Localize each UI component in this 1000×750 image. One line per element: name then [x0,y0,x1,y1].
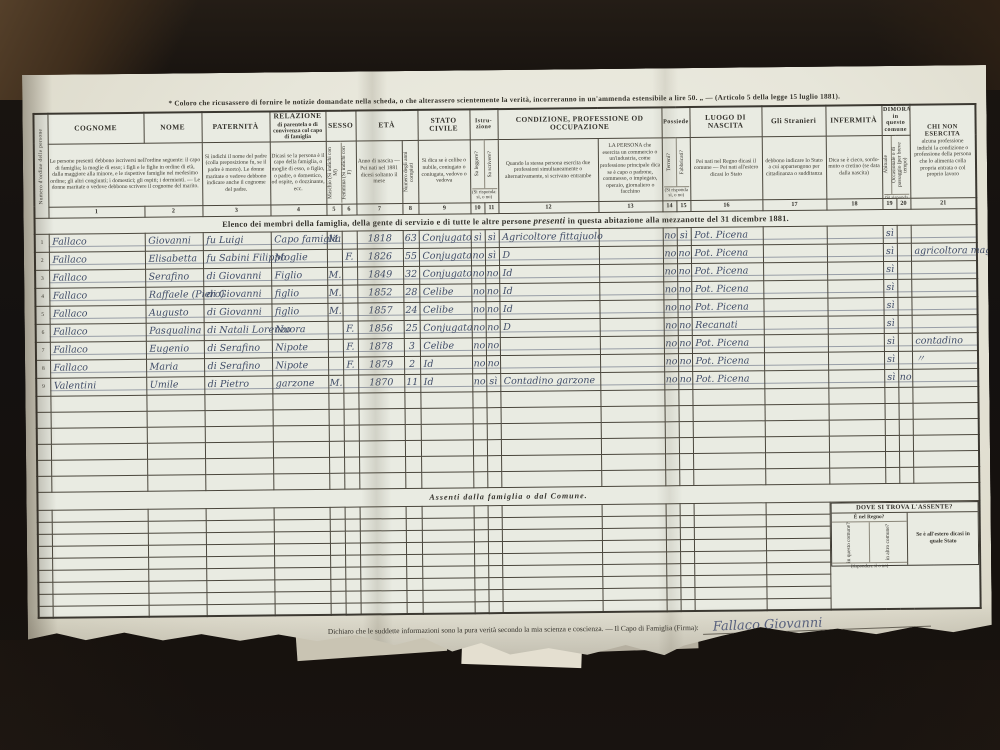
cell-dimora-occasionale [898,315,912,333]
empty-cell [472,391,486,407]
empty-cell [330,543,345,555]
cell-condizione: D [500,318,600,337]
cell-stranieri [763,226,827,245]
empty-cell [474,529,488,541]
empty-cell [680,503,694,515]
empty-cell [679,405,693,421]
empty-cell [765,404,829,421]
cell-sesso-m: M. [327,285,342,303]
empty-cell [884,387,898,403]
cell-nome: Giovanni [145,232,203,251]
cell-fabbricati: no [677,281,691,299]
order-column-header: Numero d'ordine delle persone [33,114,48,218]
empty-cell [488,505,502,517]
empty-cell [899,419,913,435]
empty-cell [680,575,694,587]
empty-cell [695,598,767,611]
empty-cell [680,587,694,599]
sa-leggere-label: Sa leggere? [475,152,481,177]
empty-cell [899,403,913,419]
cell-anno-nascita: 1818 [357,230,403,248]
empty-cell [666,539,680,551]
cell-relazione: Moglie [271,249,327,268]
empty-cell [602,563,666,576]
empty-cell [38,522,52,534]
empty-cell [344,457,359,473]
empty-cell [52,569,148,582]
cell-sesso-m: M. [327,231,342,249]
empty-cell [474,577,488,589]
census-table: Numero d'ordine delle persone COGNOME NO… [32,103,981,619]
empty-cell [678,389,692,405]
cell-persona-commercio [600,335,664,354]
empty-cell [147,426,205,443]
empty-cell [37,412,51,428]
empty-cell [766,514,830,527]
empty-cell [359,456,405,472]
cell-sesso-f: F. [343,357,358,375]
desc-cognome-nome: Le persone presenti debbono iscriversi n… [48,142,203,207]
empty-cell [38,546,52,558]
empty-cell [694,514,766,527]
cell-stato-civile: Conjugato [419,265,471,284]
empty-cell [331,603,346,615]
empty-cell [502,564,602,577]
empty-cell [359,408,405,424]
cell-sa-leggere: no [472,337,486,355]
cell-ordine: 4 [35,288,49,306]
desc-luogo-nascita: Pei nati nel Regno dicasi il comune — Pe… [690,136,763,200]
cell-paternita: di Giovanni [203,303,271,322]
cell-chi-non-esercita [911,278,977,297]
cell-dimora-abituale: sì [883,279,897,297]
cell-sa-leggere: no [471,247,485,265]
empty-cell [206,507,274,520]
cell-luogo-nascita: Recanati [692,316,764,335]
empty-cell [693,468,765,485]
cell-cognome: Fallaco [49,233,145,252]
empty-cell [602,575,666,588]
wood-grain-bottom-right [780,660,1000,750]
cell-anno-nascita: 1870 [358,374,404,392]
desc-infermita: Dica se è cieco, sordo-muto o cretino (s… [826,135,883,199]
empty-cell [204,393,272,410]
cell-nome: Elisabetta [145,250,203,269]
empty-cell [205,409,273,426]
empty-cell [205,425,273,442]
empty-cell [329,425,344,441]
empty-cell [272,393,328,410]
cell-dimora-abituale: sì [883,225,897,243]
empty-cell [679,453,693,469]
desc-paternita: Si indichi il nome del padre (colla prep… [202,141,271,205]
empty-cell [765,436,829,453]
cell-dimora-abituale: sì [883,297,897,315]
cell-cognome: Fallaco [50,323,146,342]
empty-cell [405,472,421,488]
empty-cell [667,599,681,611]
empty-cell [37,476,51,492]
empty-cell [601,469,665,486]
col-header-condizione: CONDIZIONE, PROFESSIONE OD OCCUPAZIONE [497,107,661,139]
empty-cell [343,393,358,409]
empty-cell [501,422,601,439]
empty-cell [693,436,765,453]
cell-sesso-f: F. [343,321,358,339]
empty-cell [829,419,885,436]
cell-sesso-m [328,321,343,339]
col-header-possiede: Possiede [661,107,689,137]
empty-cell [502,588,602,601]
empty-cell [360,578,406,590]
col-header-nome: NOME [143,112,201,143]
empty-cell [885,403,899,419]
cell-sesso-m: M. [328,375,343,393]
cell-sa-leggere: no [472,319,486,337]
cell-stranieri [764,370,828,389]
cell-anni-compiuti: 11 [404,374,420,392]
empty-cell [885,451,899,467]
empty-cell [346,603,361,615]
cell-infermita [827,297,883,316]
cell-chi-non-esercita [911,260,977,279]
cell-paternita: fu Sabini Filippo [203,249,271,268]
empty-cell [694,526,766,539]
absent-questo-comune-label: in questo comune? [847,522,853,562]
empty-cell [147,458,205,475]
empty-cell [694,586,766,599]
empty-cell [345,531,360,543]
cell-chi-non-esercita: 〃 [912,350,978,369]
empty-cell [665,453,679,469]
cell-condizione: Id [499,300,599,319]
cell-infermita [828,351,884,370]
cell-cognome: Fallaco [50,341,146,360]
empty-cell [148,568,206,581]
cell-infermita [828,315,884,334]
present-persons-rows: 1FallacoGiovannifu LuigiCapo famigliaM.1… [35,224,980,492]
cell-anni-compiuti: 32 [403,266,419,284]
cell-terreni: no [664,317,678,335]
empty-cell [148,532,206,545]
empty-cell [405,456,421,472]
desc-anni-compiuti: Numero degli anni compiuti [402,140,419,203]
empty-cell [330,555,345,567]
empty-cell [345,555,360,567]
empty-cell [274,591,330,604]
empty-cell [52,557,148,570]
empty-cell [205,441,273,458]
cell-luogo-nascita: Pot. Picena [692,334,764,353]
empty-cell [488,565,502,577]
sa-scrivere-label: Sa scrivere? [488,151,494,177]
empty-cell [406,542,422,554]
empty-cell [360,518,406,530]
empty-cell [330,591,345,603]
cell-dimora-occasionale [897,225,911,243]
empty-cell [912,386,978,403]
cell-cognome: Fallaco [49,269,145,288]
cell-luogo-nascita: Pot. Picena [692,370,764,389]
desc-condizione-12: Quando la stessa persona esercita due pr… [498,138,599,202]
empty-cell [680,563,694,575]
empty-cell [899,435,913,451]
empty-cell [421,471,473,488]
empty-cell [148,592,206,605]
empty-cell [406,578,422,590]
empty-cell [601,405,665,422]
empty-cell [422,541,474,554]
cell-sa-leggere: no [472,355,486,373]
empty-cell [422,577,474,590]
absent-persons-rows: DOVE SI TROVA L'ASSENTE? È nel Regno? in… [38,500,981,618]
empty-cell [274,507,330,520]
empty-cell [474,541,488,553]
empty-cell [423,601,475,614]
cell-terreni: no [664,335,678,353]
cell-fabbricati: sì [677,227,691,245]
empty-cell [149,604,207,617]
empty-cell [473,407,487,423]
empty-cell [694,538,766,551]
empty-cell [360,554,406,566]
empty-cell [502,576,602,589]
empty-cell [422,529,474,542]
cell-dimora-occasionale [897,261,911,279]
empty-cell [358,392,404,408]
empty-cell [405,424,421,440]
empty-cell [274,579,330,592]
cell-sesso-f: F. [342,249,357,267]
cell-anni-compiuti: 24 [403,302,419,320]
empty-cell [39,606,53,618]
cell-dimora-abituale: sì [883,261,897,279]
cell-sa-scrivere: no [485,301,499,319]
cell-condizione: Contadino garzone [500,372,600,391]
empty-cell [359,440,405,456]
cell-dimora-occasionale [897,279,911,297]
cell-sesso-f [342,303,357,321]
cell-chi-non-esercita [911,296,977,315]
terreni-label: Terreni? [667,153,673,171]
empty-cell [602,587,666,600]
cell-sa-leggere: no [471,301,485,319]
empty-cell [601,421,665,438]
col-header-eta: ETÀ [355,110,417,141]
cell-dimora-occasionale [898,351,912,369]
empty-cell [330,507,345,519]
empty-cell [51,443,147,460]
fabbricati-label: Fabbricati? [680,150,686,174]
cell-ordine: 7 [36,342,50,360]
cell-infermita [828,333,884,352]
empty-cell [406,554,422,566]
cell-persona-commercio [599,263,663,282]
empty-cell [502,540,602,553]
sesso-femmina-label: Femmina (Si indichi con F) [342,143,354,201]
empty-cell [829,467,885,484]
cell-sesso-f [342,231,357,249]
cell-luogo-nascita: Pot. Picena [692,352,764,371]
empty-cell [147,474,205,491]
cell-sesso-f [343,375,358,393]
col-header-infermita: INFERMITÀ [825,105,881,136]
empty-cell [273,457,329,474]
empty-cell [421,439,473,456]
cell-stato-civile: Id [420,373,472,392]
cell-relazione: Nuora [272,321,328,340]
cell-dimora-occasionale [897,297,911,315]
cell-persona-commercio [600,353,664,372]
scanned-census-sheet-scene: * Coloro che ricusassero di fornire le n… [0,0,1000,750]
cell-sesso-f: F. [343,339,358,357]
empty-cell [147,410,205,427]
cell-sesso-m: M. [327,267,342,285]
declaration-text: Dichiaro che le suddette informazioni so… [328,623,699,636]
cell-anno-nascita: 1849 [357,266,403,284]
empty-cell [666,503,680,515]
cell-infermita [827,225,883,244]
empty-cell [502,516,602,529]
empty-cell [206,519,274,532]
empty-cell [680,551,694,563]
empty-cell [274,531,330,544]
cell-anno-nascita: 1852 [357,284,403,302]
empty-cell [694,502,766,515]
empty-cell [765,420,829,437]
empty-cell [360,506,406,518]
cell-sa-scrivere: no [486,319,500,337]
cell-nome: Pasqualina [146,322,204,341]
empty-cell [829,435,885,452]
cell-nome: Maria [146,358,204,377]
empty-cell [503,600,603,613]
empty-cell [680,539,694,551]
empty-cell [913,434,979,451]
cell-stato-civile: Conjugata [419,247,471,266]
empty-cell [666,563,680,575]
empty-cell [486,391,500,407]
cell-condizione [500,354,600,373]
empty-cell [330,531,345,543]
empty-cell [406,566,422,578]
cell-sa-leggere: no [472,373,486,391]
desc-dimora: Abituale Occasionale o di passaggio (per… [882,135,911,198]
cell-dimora-occasionale [898,333,912,351]
empty-cell [38,534,52,546]
cell-terreni: no [663,263,677,281]
empty-cell [473,439,487,455]
cell-persona-commercio [599,227,663,246]
cell-stranieri [764,352,828,371]
cell-stranieri [763,298,827,317]
empty-cell [487,439,501,455]
empty-cell [474,505,488,517]
dimora-abituale-label: Abituale [884,155,890,174]
cell-stato-civile: Conjugato [419,229,471,248]
empty-cell [205,473,273,490]
empty-cell [406,518,422,530]
cell-sa-leggere: no [471,265,485,283]
cell-relazione: garzone [272,375,328,394]
empty-cell [681,599,695,611]
absent-location-box: DOVE SI TROVA L'ASSENTE? È nel Regno? in… [830,501,979,567]
cell-stranieri [764,334,828,353]
cell-persona-commercio [600,317,664,336]
empty-cell [666,575,680,587]
empty-cell [501,438,601,455]
empty-cell [274,555,330,568]
empty-cell [273,425,329,442]
desc-stranieri: debbono indicare lo Stato a cui apparten… [762,136,827,200]
empty-cell [344,473,359,489]
cell-paternita: fu Luigi [203,231,271,250]
empty-cell [767,598,831,611]
empty-cell [52,581,148,594]
empty-cell [474,553,488,565]
empty-cell [206,591,274,604]
cell-cognome: Valentini [50,377,146,396]
cell-luogo-nascita: Pot. Picena [691,262,763,281]
empty-cell [766,502,830,515]
empty-cell [274,519,330,532]
cell-stato-civile: Celibe [420,337,472,356]
empty-cell [885,419,899,435]
empty-cell [344,441,359,457]
empty-cell [487,471,501,487]
cell-sesso-m [327,249,342,267]
empty-cell [475,601,489,613]
desc-possiede: Terreni? Fabbricati? (Si risponda sì, o … [662,137,691,200]
empty-cell [766,562,830,575]
empty-cell [38,510,52,522]
empty-cell [679,437,693,453]
cell-sa-scrivere: sì [485,229,499,247]
empty-cell [404,392,420,408]
cell-anni-compiuti: 55 [403,248,419,266]
empty-cell [38,558,52,570]
cell-anni-compiuti: 63 [403,230,419,248]
cell-sesso-m [328,357,343,375]
empty-cell [693,420,765,437]
empty-cell [885,467,899,483]
cell-fabbricati: no [678,353,692,371]
empty-cell [52,509,148,522]
empty-cell [422,565,474,578]
cell-fabbricati: no [678,371,692,389]
empty-cell [666,587,680,599]
empty-cell [501,470,601,487]
empty-cell [274,567,330,580]
empty-cell [148,556,206,569]
empty-cell [52,545,148,558]
cell-infermita [827,261,883,280]
empty-cell [693,452,765,469]
col-header-sesso: SESSO [325,111,355,141]
empty-cell [885,435,899,451]
cell-sa-scrivere: no [486,355,500,373]
cell-stranieri [764,316,828,335]
empty-cell [694,574,766,587]
empty-cell [487,407,501,423]
cell-paternita: di Natali Lorenzo [204,321,272,340]
cell-relazione: Nipote [272,339,328,358]
empty-cell [488,517,502,529]
cell-anno-nascita: 1857 [357,302,403,320]
empty-cell [898,387,912,403]
empty-cell [52,521,148,534]
cell-persona-commercio [599,281,663,300]
